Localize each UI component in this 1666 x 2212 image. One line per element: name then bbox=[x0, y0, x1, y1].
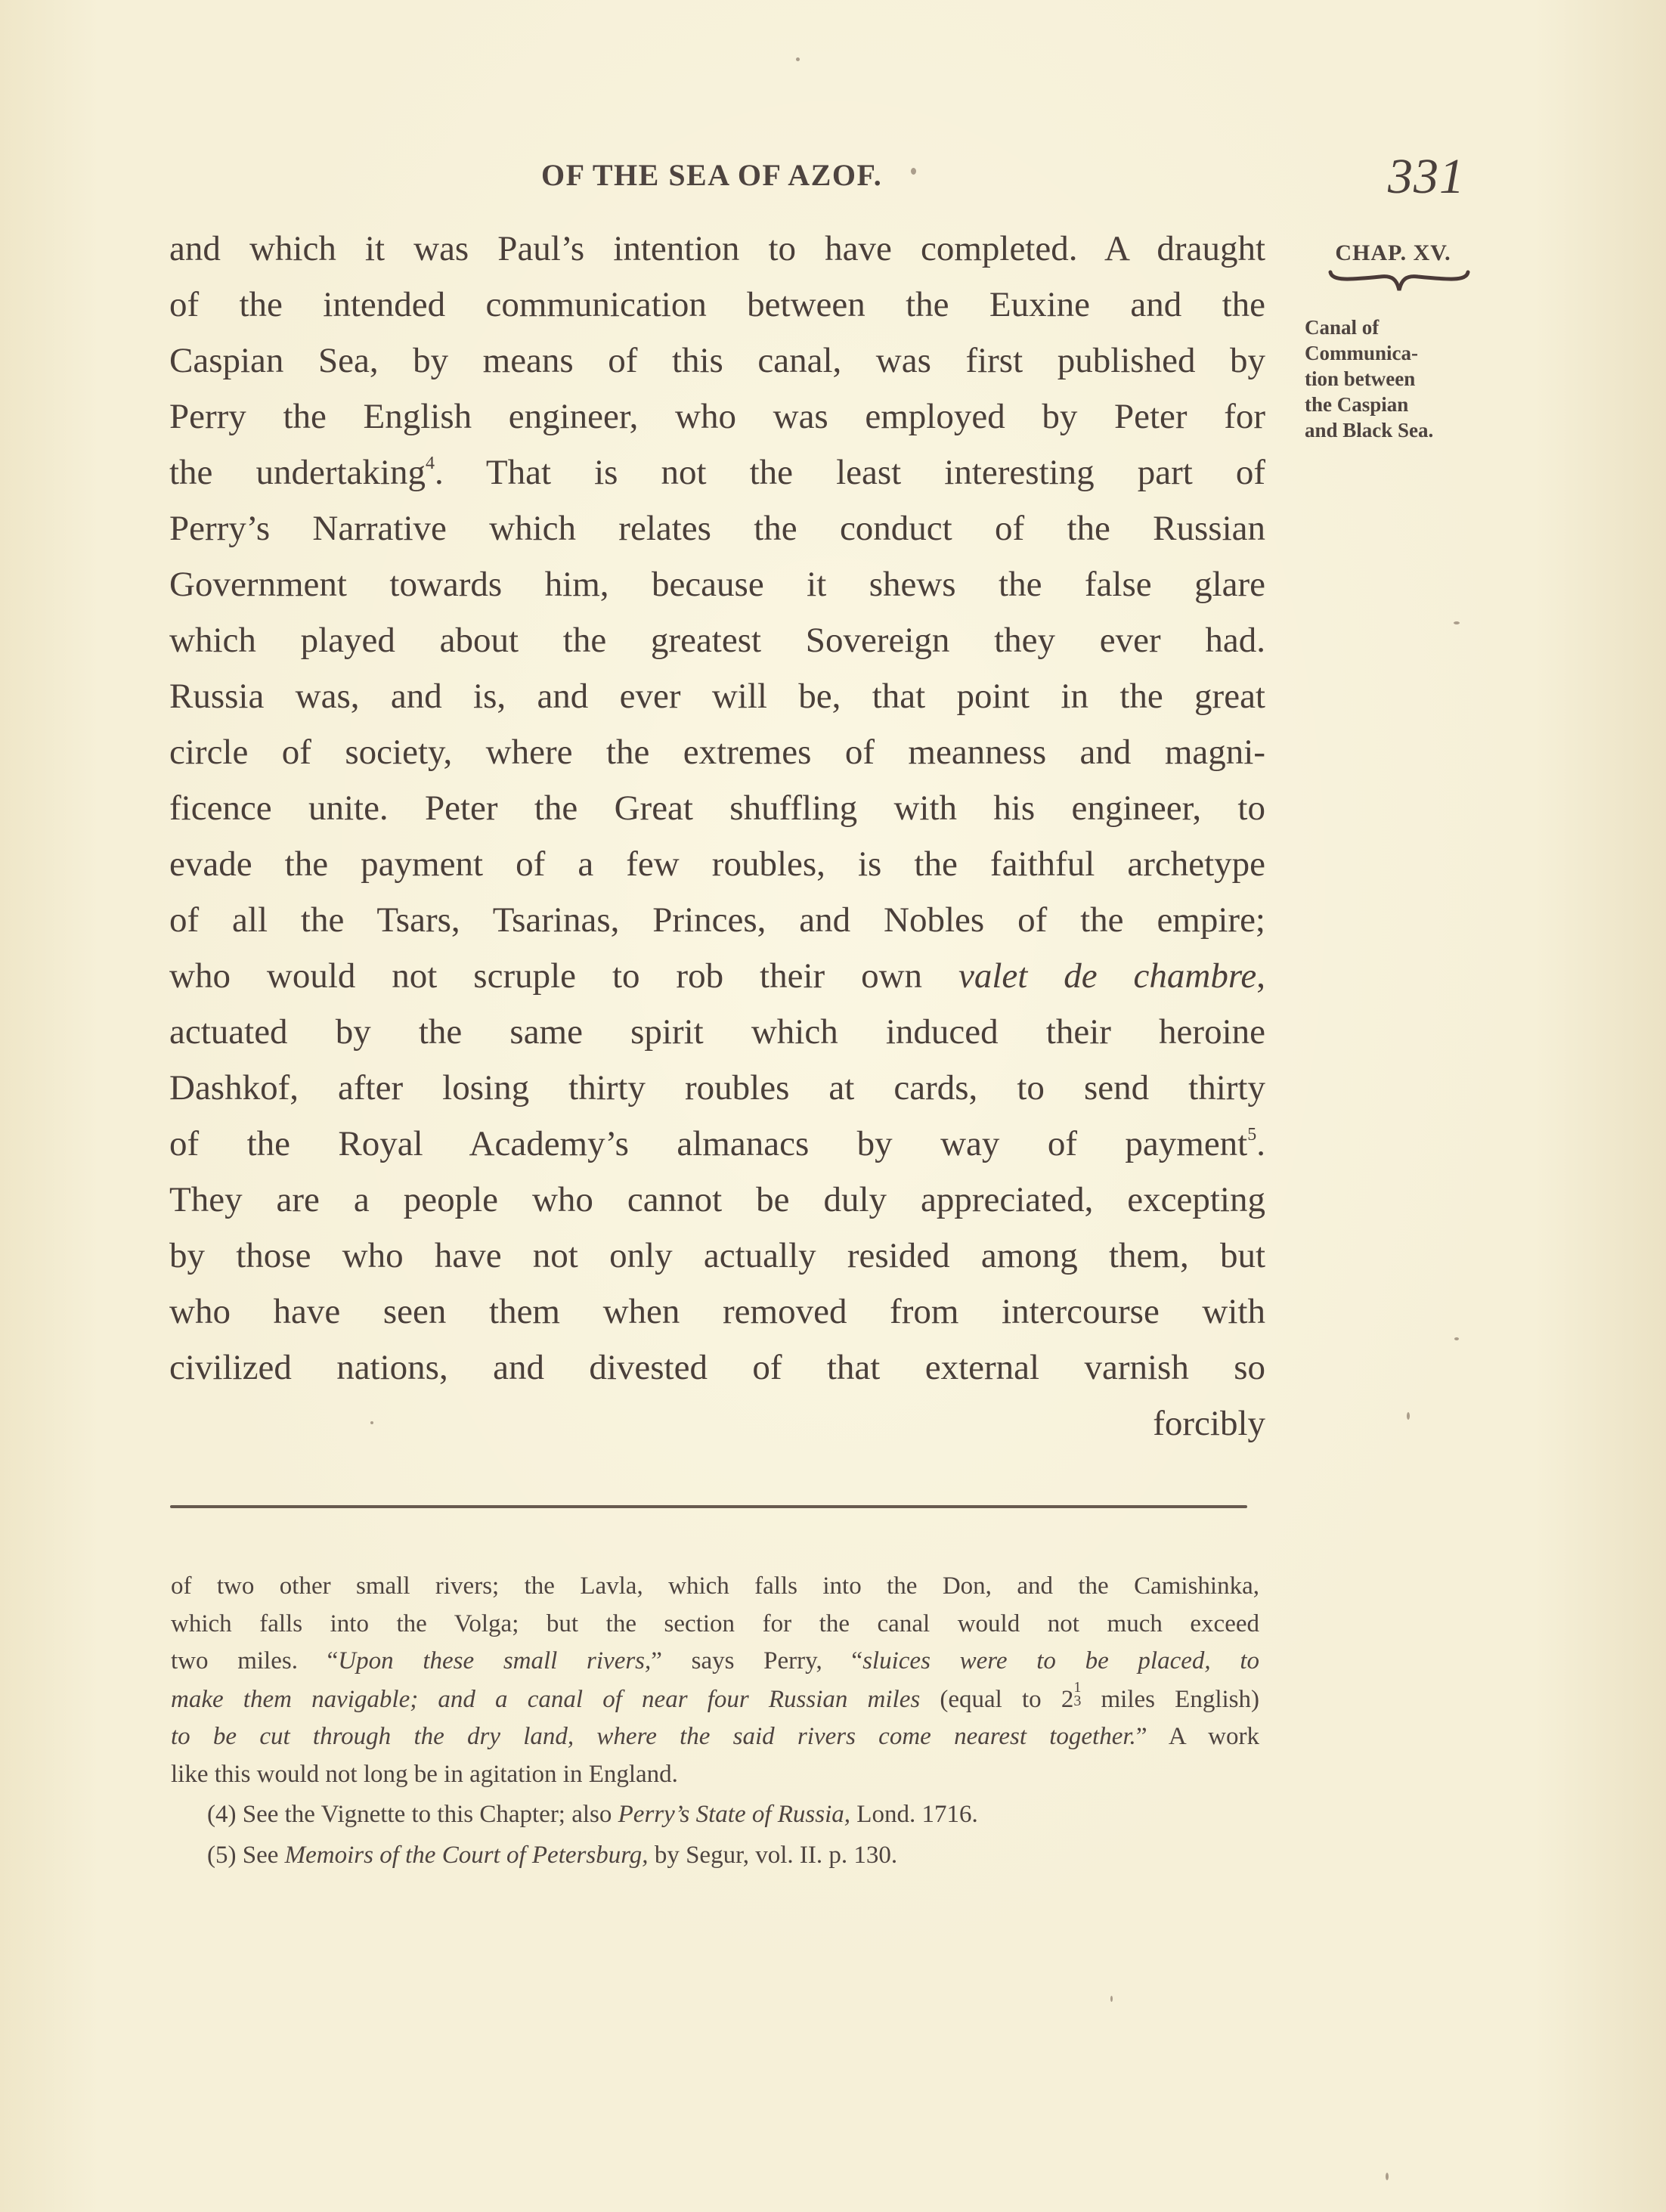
body-line: Government towards him, because it shews… bbox=[169, 556, 1265, 612]
footnote-ref-5[interactable]: 5 bbox=[1247, 1125, 1256, 1145]
footnote-line: which falls into the Volga; but the sect… bbox=[171, 1606, 1259, 1644]
footnote-run: ” says Perry, “ bbox=[651, 1647, 862, 1674]
body-line: which played about the greatest Sovereig… bbox=[169, 612, 1265, 668]
body-line: civilized nations, and divested of that … bbox=[169, 1340, 1265, 1396]
footnote-run: (equal to 2 bbox=[920, 1686, 1073, 1713]
body-text: and which it was Paul’s intention to hav… bbox=[169, 221, 1265, 1451]
footnote-line: make them navigable; and a canal of near… bbox=[171, 1681, 1259, 1719]
running-head: OF THE SEA OF AZOF. bbox=[541, 157, 882, 193]
italic-phrase: valet de chambre bbox=[958, 956, 1256, 996]
catchword: forcibly bbox=[169, 1396, 1265, 1451]
fraction: 13 bbox=[1073, 1681, 1081, 1708]
paper-speck bbox=[1110, 1996, 1113, 2002]
body-line: of the Royal Academy’s almanacs by way o… bbox=[169, 1116, 1265, 1172]
book-page: OF THE SEA OF AZOF. 331 CHAP. XV. Canal … bbox=[0, 0, 1666, 2212]
side-note-line: and Black Sea. bbox=[1305, 417, 1486, 443]
footnote-5: (5) See Memoirs of the Court of Petersbu… bbox=[171, 1837, 1259, 1875]
body-line: of the intended communication between th… bbox=[169, 277, 1265, 333]
footnote-quote: Upon these small rivers, bbox=[338, 1647, 651, 1674]
side-note-line: the Caspian bbox=[1305, 392, 1486, 417]
body-line: evade the payment of a few roubles, is t… bbox=[169, 836, 1265, 892]
footnote-run: miles English) bbox=[1081, 1686, 1259, 1713]
footnote-ref-4[interactable]: 4 bbox=[426, 454, 435, 473]
side-note-line: Canal of bbox=[1305, 314, 1486, 340]
page-number: 331 bbox=[1388, 148, 1465, 206]
body-line: Russia was, and is, and ever will be, th… bbox=[169, 668, 1265, 724]
body-text-run: of the Royal Academy’s almanacs by way o… bbox=[169, 1124, 1247, 1163]
body-line: They are a people who cannot be duly app… bbox=[169, 1172, 1265, 1228]
fraction-denominator: 3 bbox=[1073, 1694, 1081, 1708]
footnote-rule bbox=[170, 1505, 1247, 1508]
footnote-line: of two other small rivers; the Lavla, wh… bbox=[171, 1568, 1259, 1606]
footnote-run: Lond. 1716. bbox=[850, 1801, 978, 1828]
body-line: of all the Tsars, Tsarinas, Princes, and… bbox=[169, 892, 1265, 948]
citation-title: Perry’s State of Russia, bbox=[618, 1801, 850, 1828]
body-line: by those who have not only actually resi… bbox=[169, 1228, 1265, 1284]
footnote-run: See bbox=[236, 1842, 284, 1869]
footnote-quote: sluices were to be placed, to bbox=[862, 1647, 1259, 1674]
body-line: who have seen them when removed from int… bbox=[169, 1284, 1265, 1340]
paper-speck bbox=[370, 1421, 373, 1424]
footnotes: of two other small rivers; the Lavla, wh… bbox=[171, 1568, 1259, 1874]
paper-speck bbox=[911, 168, 916, 175]
footnote-line: two miles. “Upon these small rivers,” sa… bbox=[171, 1643, 1259, 1681]
body-text-run: . bbox=[1256, 1124, 1265, 1163]
footnote-quote: make them navigable; and a canal of near… bbox=[171, 1686, 920, 1713]
footnote-line: like this would not long be in agitation… bbox=[171, 1756, 1259, 1794]
body-text-run: . That is not the least interesting part… bbox=[435, 453, 1265, 492]
brace-ornament-icon bbox=[1327, 269, 1471, 295]
footnote-marker: (4) bbox=[207, 1801, 236, 1828]
footnote-line: to be cut through the dry land, where th… bbox=[171, 1718, 1259, 1756]
footnote-run: two miles. “ bbox=[171, 1647, 338, 1674]
footnote-run: ” A work bbox=[1136, 1723, 1259, 1750]
paper-speck bbox=[1407, 1412, 1410, 1420]
body-text-run: the undertaking bbox=[169, 453, 426, 492]
citation-title: Memoirs of the Court of Petersburg, bbox=[285, 1842, 649, 1869]
body-line: ficence unite. Peter the Great shuffling… bbox=[169, 780, 1265, 836]
body-line: the undertaking4. That is not the least … bbox=[169, 445, 1265, 500]
body-text-run: who would not scruple to rob their own bbox=[169, 956, 958, 996]
fraction-numerator: 1 bbox=[1073, 1681, 1081, 1694]
paper-speck bbox=[1386, 2173, 1389, 2180]
side-note-line: Communica- bbox=[1305, 340, 1486, 366]
paper-speck bbox=[796, 57, 800, 61]
footnote-marker: (5) bbox=[207, 1842, 236, 1869]
body-text-run: , bbox=[1256, 956, 1265, 996]
body-line: who would not scruple to rob their own v… bbox=[169, 948, 1265, 1004]
paper-speck bbox=[1454, 1337, 1459, 1340]
body-line: and which it was Paul’s intention to hav… bbox=[169, 221, 1265, 277]
body-line: actuated by the same spirit which induce… bbox=[169, 1004, 1265, 1060]
body-line: circle of society, where the extremes of… bbox=[169, 724, 1265, 780]
footnote-4: (4) See the Vignette to this Chapter; al… bbox=[171, 1796, 1259, 1834]
chapter-label: CHAP. XV. bbox=[1314, 240, 1472, 266]
paper-speck bbox=[1454, 621, 1460, 624]
footnote-quote: to be cut through the dry land, where th… bbox=[171, 1723, 1136, 1750]
margin-note: CHAP. XV. Canal of Communica- tion betwe… bbox=[1305, 240, 1486, 443]
body-line: Dashkof, after losing thirty roubles at … bbox=[169, 1060, 1265, 1116]
body-line: Caspian Sea, by means of this canal, was… bbox=[169, 333, 1265, 389]
footnote-run: See the Vignette to this Chapter; also bbox=[236, 1801, 618, 1828]
side-note-line: tion between bbox=[1305, 366, 1486, 392]
body-line: Perry’s Narrative which relates the cond… bbox=[169, 500, 1265, 556]
body-line: Perry the English engineer, who was empl… bbox=[169, 389, 1265, 445]
footnote-run: by Segur, vol. II. p. 130. bbox=[649, 1842, 898, 1869]
side-note: Canal of Communica- tion between the Cas… bbox=[1305, 314, 1486, 443]
